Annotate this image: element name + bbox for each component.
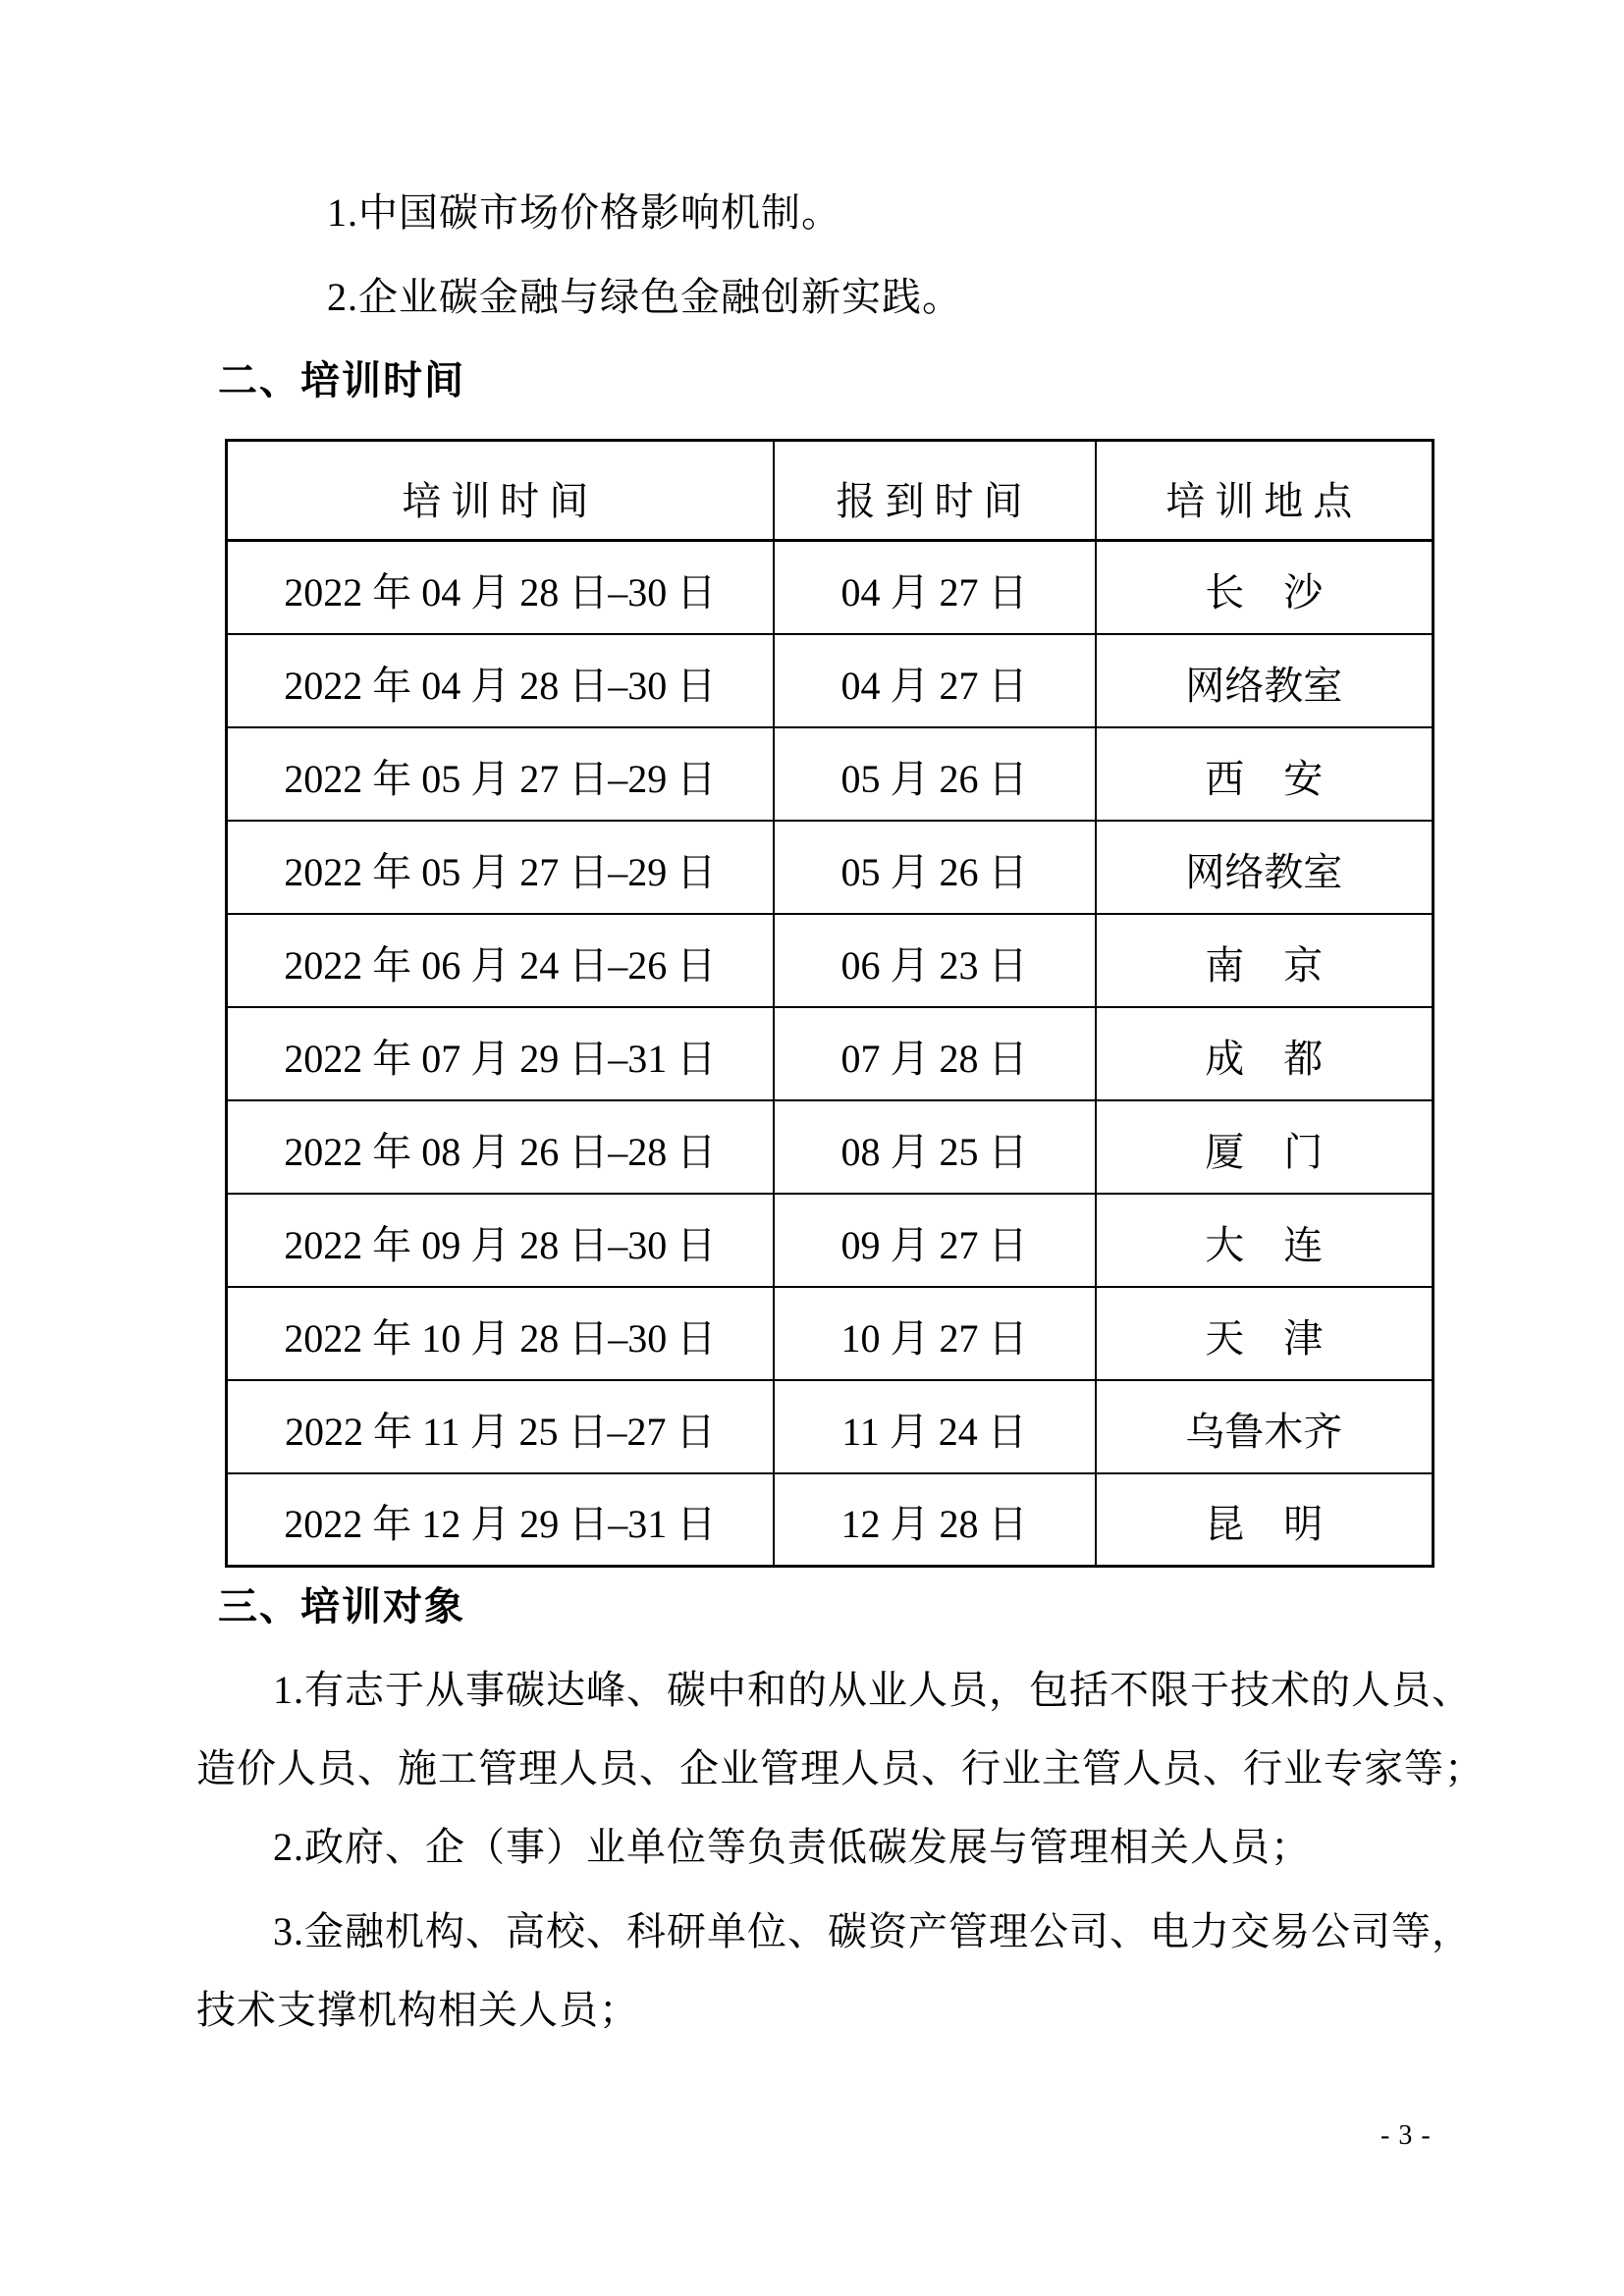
training-schedule-table: 培训时间 报到时间 培训地点 2022 年 04 月 28 日–30 日 04 …	[225, 439, 1435, 1568]
header-location: 培训地点	[1096, 441, 1434, 541]
section-heading-training-time: 二、培训时间	[218, 360, 465, 401]
location-cell: 成 都	[1096, 1007, 1434, 1100]
report-time-cell: 05 月 26 日	[774, 727, 1096, 821]
document-page: 1.中国碳市场价格影响机制。 2.企业碳金融与绿色金融创新实践。 二、培训时间 …	[0, 0, 1624, 2296]
report-time-cell: 09 月 27 日	[774, 1194, 1096, 1287]
content-item-1: 1.中国碳市场价格影响机制。	[327, 192, 841, 234]
report-time-cell: 07 月 28 日	[774, 1007, 1096, 1100]
table-row: 2022 年 11 月 25 日–27 日 11 月 24 日 乌鲁木齐	[227, 1380, 1434, 1473]
audience-paragraph-line: 技术支撑机构相关人员；	[196, 1990, 639, 2031]
training-time-cell: 2022 年 10 月 28 日–30 日	[227, 1287, 774, 1380]
table-row: 2022 年 10 月 28 日–30 日 10 月 27 日 天 津	[227, 1287, 1434, 1380]
table-header-row: 培训时间 报到时间 培训地点	[227, 441, 1434, 541]
location-cell: 昆 明	[1096, 1473, 1434, 1567]
table-row: 2022 年 05 月 27 日–29 日 05 月 26 日 网络教室	[227, 821, 1434, 914]
location-cell: 西 安	[1096, 727, 1434, 821]
table-row: 2022 年 09 月 28 日–30 日 09 月 27 日 大 连	[227, 1194, 1434, 1287]
report-time-cell: 04 月 27 日	[774, 541, 1096, 634]
content-item-2: 2.企业碳金融与绿色金融创新实践。	[327, 277, 962, 318]
report-time-cell: 12 月 28 日	[774, 1473, 1096, 1567]
report-time-cell: 06 月 23 日	[774, 914, 1096, 1007]
training-time-cell: 2022 年 12 月 29 日–31 日	[227, 1473, 774, 1567]
training-time-cell: 2022 年 04 月 28 日–30 日	[227, 541, 774, 634]
location-cell: 网络教室	[1096, 821, 1434, 914]
report-time-cell: 10 月 27 日	[774, 1287, 1096, 1380]
training-time-cell: 2022 年 05 月 27 日–29 日	[227, 727, 774, 821]
location-cell: 厦 门	[1096, 1100, 1434, 1194]
training-time-cell: 2022 年 11 月 25 日–27 日	[227, 1380, 774, 1473]
audience-paragraph-line: 3.金融机构、高校、科研单位、碳资产管理公司、电力交易公司等，	[273, 1911, 1472, 1952]
location-cell: 乌鲁木齐	[1096, 1380, 1434, 1473]
table-row: 2022 年 08 月 26 日–28 日 08 月 25 日 厦 门	[227, 1100, 1434, 1194]
audience-paragraph-line: 造价人员、施工管理人员、企业管理人员、行业主管人员、行业专家等；	[196, 1748, 1485, 1789]
table-row: 2022 年 06 月 24 日–26 日 06 月 23 日 南 京	[227, 914, 1434, 1007]
training-time-cell: 2022 年 08 月 26 日–28 日	[227, 1100, 774, 1194]
section-heading-training-audience: 三、培训对象	[218, 1586, 465, 1628]
location-cell: 大 连	[1096, 1194, 1434, 1287]
page-number: - 3 -	[1380, 2120, 1432, 2152]
report-time-cell: 04 月 27 日	[774, 634, 1096, 727]
training-time-cell: 2022 年 07 月 29 日–31 日	[227, 1007, 774, 1100]
training-time-cell: 2022 年 04 月 28 日–30 日	[227, 634, 774, 727]
table-row: 2022 年 04 月 28 日–30 日 04 月 27 日 网络教室	[227, 634, 1434, 727]
location-cell: 网络教室	[1096, 634, 1434, 727]
header-training-time: 培训时间	[227, 441, 774, 541]
table-row: 2022 年 04 月 28 日–30 日 04 月 27 日 长 沙	[227, 541, 1434, 634]
location-cell: 天 津	[1096, 1287, 1434, 1380]
report-time-cell: 05 月 26 日	[774, 821, 1096, 914]
report-time-cell: 11 月 24 日	[774, 1380, 1096, 1473]
training-time-cell: 2022 年 06 月 24 日–26 日	[227, 914, 774, 1007]
header-report-time: 报到时间	[774, 441, 1096, 541]
table-row: 2022 年 05 月 27 日–29 日 05 月 26 日 西 安	[227, 727, 1434, 821]
table-row: 2022 年 12 月 29 日–31 日 12 月 28 日 昆 明	[227, 1473, 1434, 1567]
training-time-cell: 2022 年 09 月 28 日–30 日	[227, 1194, 774, 1287]
audience-paragraph-line: 1.有志于从事碳达峰、碳中和的从业人员，包括不限于技术的人员、	[273, 1670, 1472, 1711]
training-time-cell: 2022 年 05 月 27 日–29 日	[227, 821, 774, 914]
report-time-cell: 08 月 25 日	[774, 1100, 1096, 1194]
location-cell: 长 沙	[1096, 541, 1434, 634]
location-cell: 南 京	[1096, 914, 1434, 1007]
table-row: 2022 年 07 月 29 日–31 日 07 月 28 日 成 都	[227, 1007, 1434, 1100]
audience-paragraph-line: 2.政府、企（事）业单位等负责低碳发展与管理相关人员；	[273, 1827, 1311, 1868]
